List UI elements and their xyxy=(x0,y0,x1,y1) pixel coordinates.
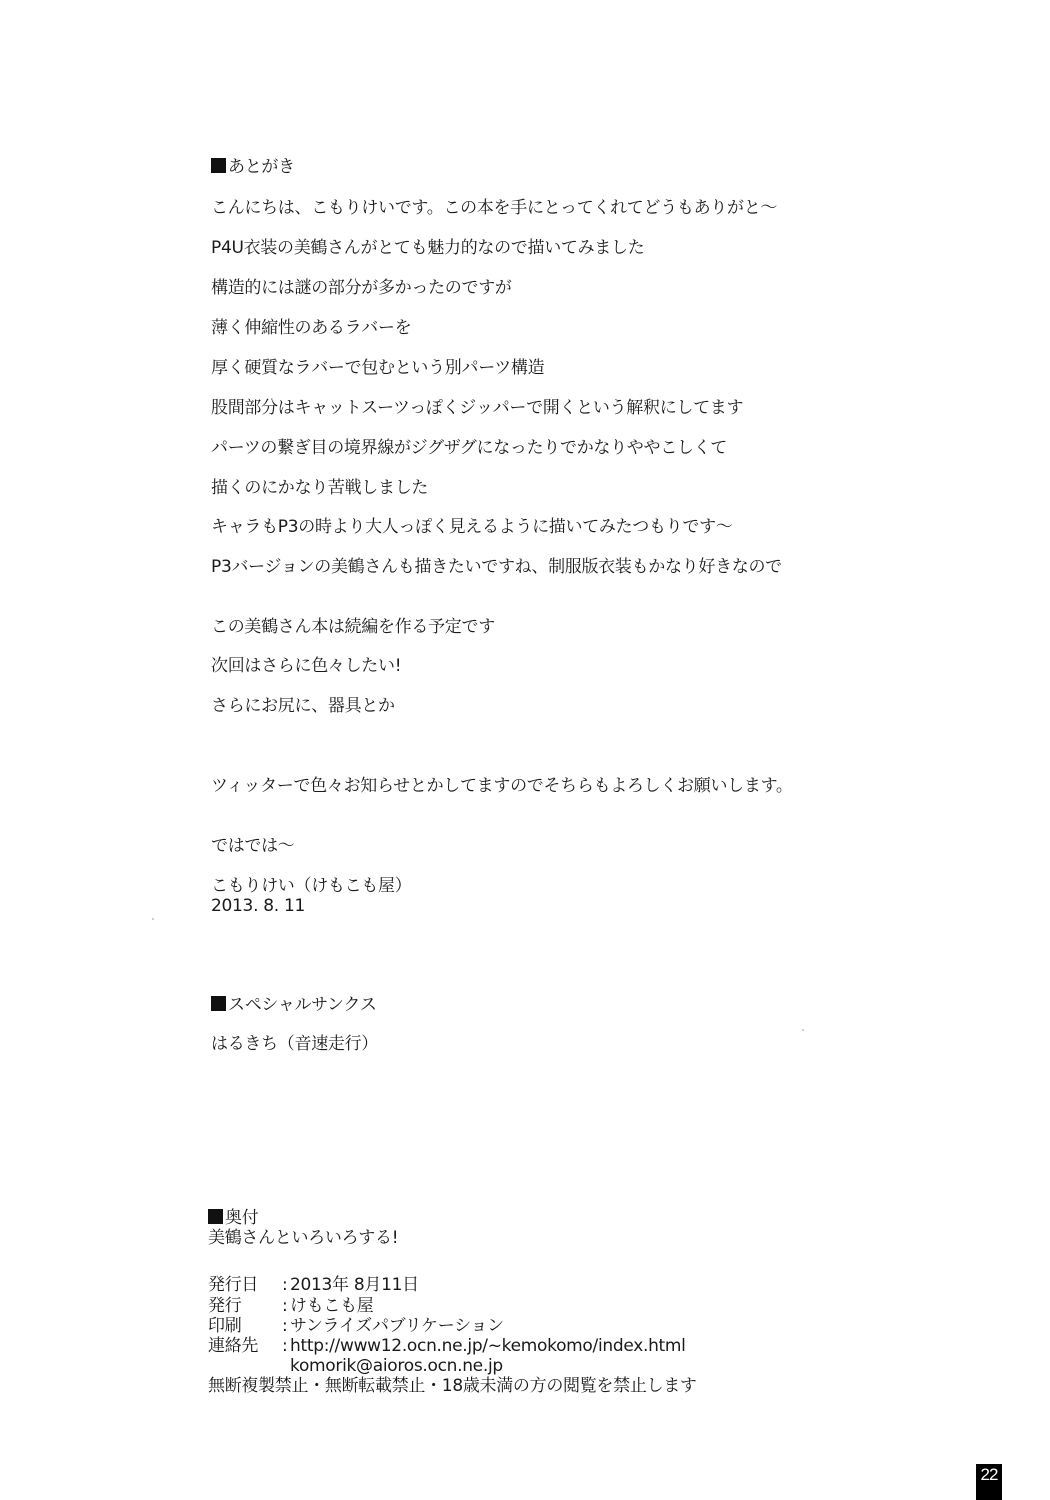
afterword-line: パーツの繋ぎ目の境界線がジグザグになったりでかなりややこしくて xyxy=(211,438,727,458)
afterword-line: この美鶴さん本は続編を作る予定です xyxy=(211,617,495,637)
colophon-label: 発行日 xyxy=(208,1275,282,1295)
colophon-value: 2013年 8月11日 xyxy=(290,1275,419,1295)
afterword-line: P3バージョンの美鶴さんも描きたいですね、制服版衣装もかなり好きなので xyxy=(211,557,782,577)
special-thanks-heading-text: スペシャルサンクス xyxy=(228,995,377,1015)
afterword-line: 次回はさらに色々したい! xyxy=(211,656,401,676)
scan-speck xyxy=(152,918,154,920)
special-thanks-heading: スペシャルサンクス xyxy=(211,995,377,1015)
special-thanks-name: はるきち（音速走行） xyxy=(211,1034,378,1054)
book-title: 美鶴さんといろいろする! xyxy=(208,1228,398,1248)
copyright-notice: 無断複製禁止・無断転載禁止・18歳未満の方の閲覧を禁止します xyxy=(208,1376,697,1396)
page-number: 22 xyxy=(976,1464,1002,1500)
afterword-line: P4U衣装の美鶴さんがとても魅力的なので描いてみました xyxy=(211,238,644,258)
afterword-closing: ではでは～ xyxy=(211,836,295,856)
colophon-heading-text: 奥付 xyxy=(225,1208,258,1228)
colophon-separator: : xyxy=(282,1275,290,1295)
colophon-heading: 奥付 xyxy=(208,1208,258,1228)
colophon-row-contact: 連絡先:http://www12.ocn.ne.jp/~kemokomo/ind… xyxy=(208,1336,686,1356)
afterword-line: 股間部分はキャットスーツっぽくジッパーで開くという解釈にしてます xyxy=(211,398,743,418)
colophon-row-email: komorik@aioros.ocn.ne.jp xyxy=(208,1356,503,1376)
afterword-date: 2013. 8. 11 xyxy=(211,896,305,916)
colophon-separator: : xyxy=(282,1296,290,1316)
colophon-separator: : xyxy=(282,1316,290,1336)
contact-email: komorik@aioros.ocn.ne.jp xyxy=(290,1356,503,1376)
square-bullet-icon xyxy=(211,158,226,173)
colophon-label: 印刷 xyxy=(208,1316,282,1336)
author-signature: こもりけい（けもこも屋） xyxy=(211,876,411,896)
colophon-label: 連絡先 xyxy=(208,1336,282,1356)
colophon-row-publisher: 発行:けもこも屋 xyxy=(208,1296,374,1316)
afterword-line: 薄く伸縮性のあるラバーを xyxy=(211,318,411,338)
scan-speck xyxy=(802,1029,804,1031)
afterword-line: さらにお尻に、器具とか xyxy=(211,696,395,716)
afterword-line: 描くのにかなり苦戦しました xyxy=(211,478,428,498)
colophon-separator: : xyxy=(282,1336,290,1356)
colophon-value: けもこも屋 xyxy=(290,1296,374,1316)
afterword-line: ツィッターで色々お知らせとかしてますのでそちらもよろしくお願いします。 xyxy=(211,776,793,796)
colophon-label: 発行 xyxy=(208,1296,282,1316)
afterword-heading-text: あとがき xyxy=(228,157,295,177)
afterword-line: 構造的には謎の部分が多かったのですが xyxy=(211,278,512,298)
contact-url: http://www12.ocn.ne.jp/~kemokomo/index.h… xyxy=(290,1336,686,1356)
square-bullet-icon xyxy=(208,1209,223,1224)
colophon-value: サンライズパブリケーション xyxy=(290,1316,504,1336)
afterword-line: キャラもP3の時より大人っぽく見えるように描いてみたつもりです～ xyxy=(211,517,732,537)
afterword-heading: あとがき xyxy=(211,157,295,177)
colophon-row-printer: 印刷:サンライズパブリケーション xyxy=(208,1316,504,1336)
afterword-line: こんにちは、こもりけいです。この本を手にとってくれてどうもありがと～ xyxy=(211,198,777,218)
colophon-row-release-date: 発行日:2013年 8月11日 xyxy=(208,1275,419,1295)
afterword-line: 厚く硬質なラバーで包むという別パーツ構造 xyxy=(211,358,544,378)
square-bullet-icon xyxy=(211,996,226,1011)
